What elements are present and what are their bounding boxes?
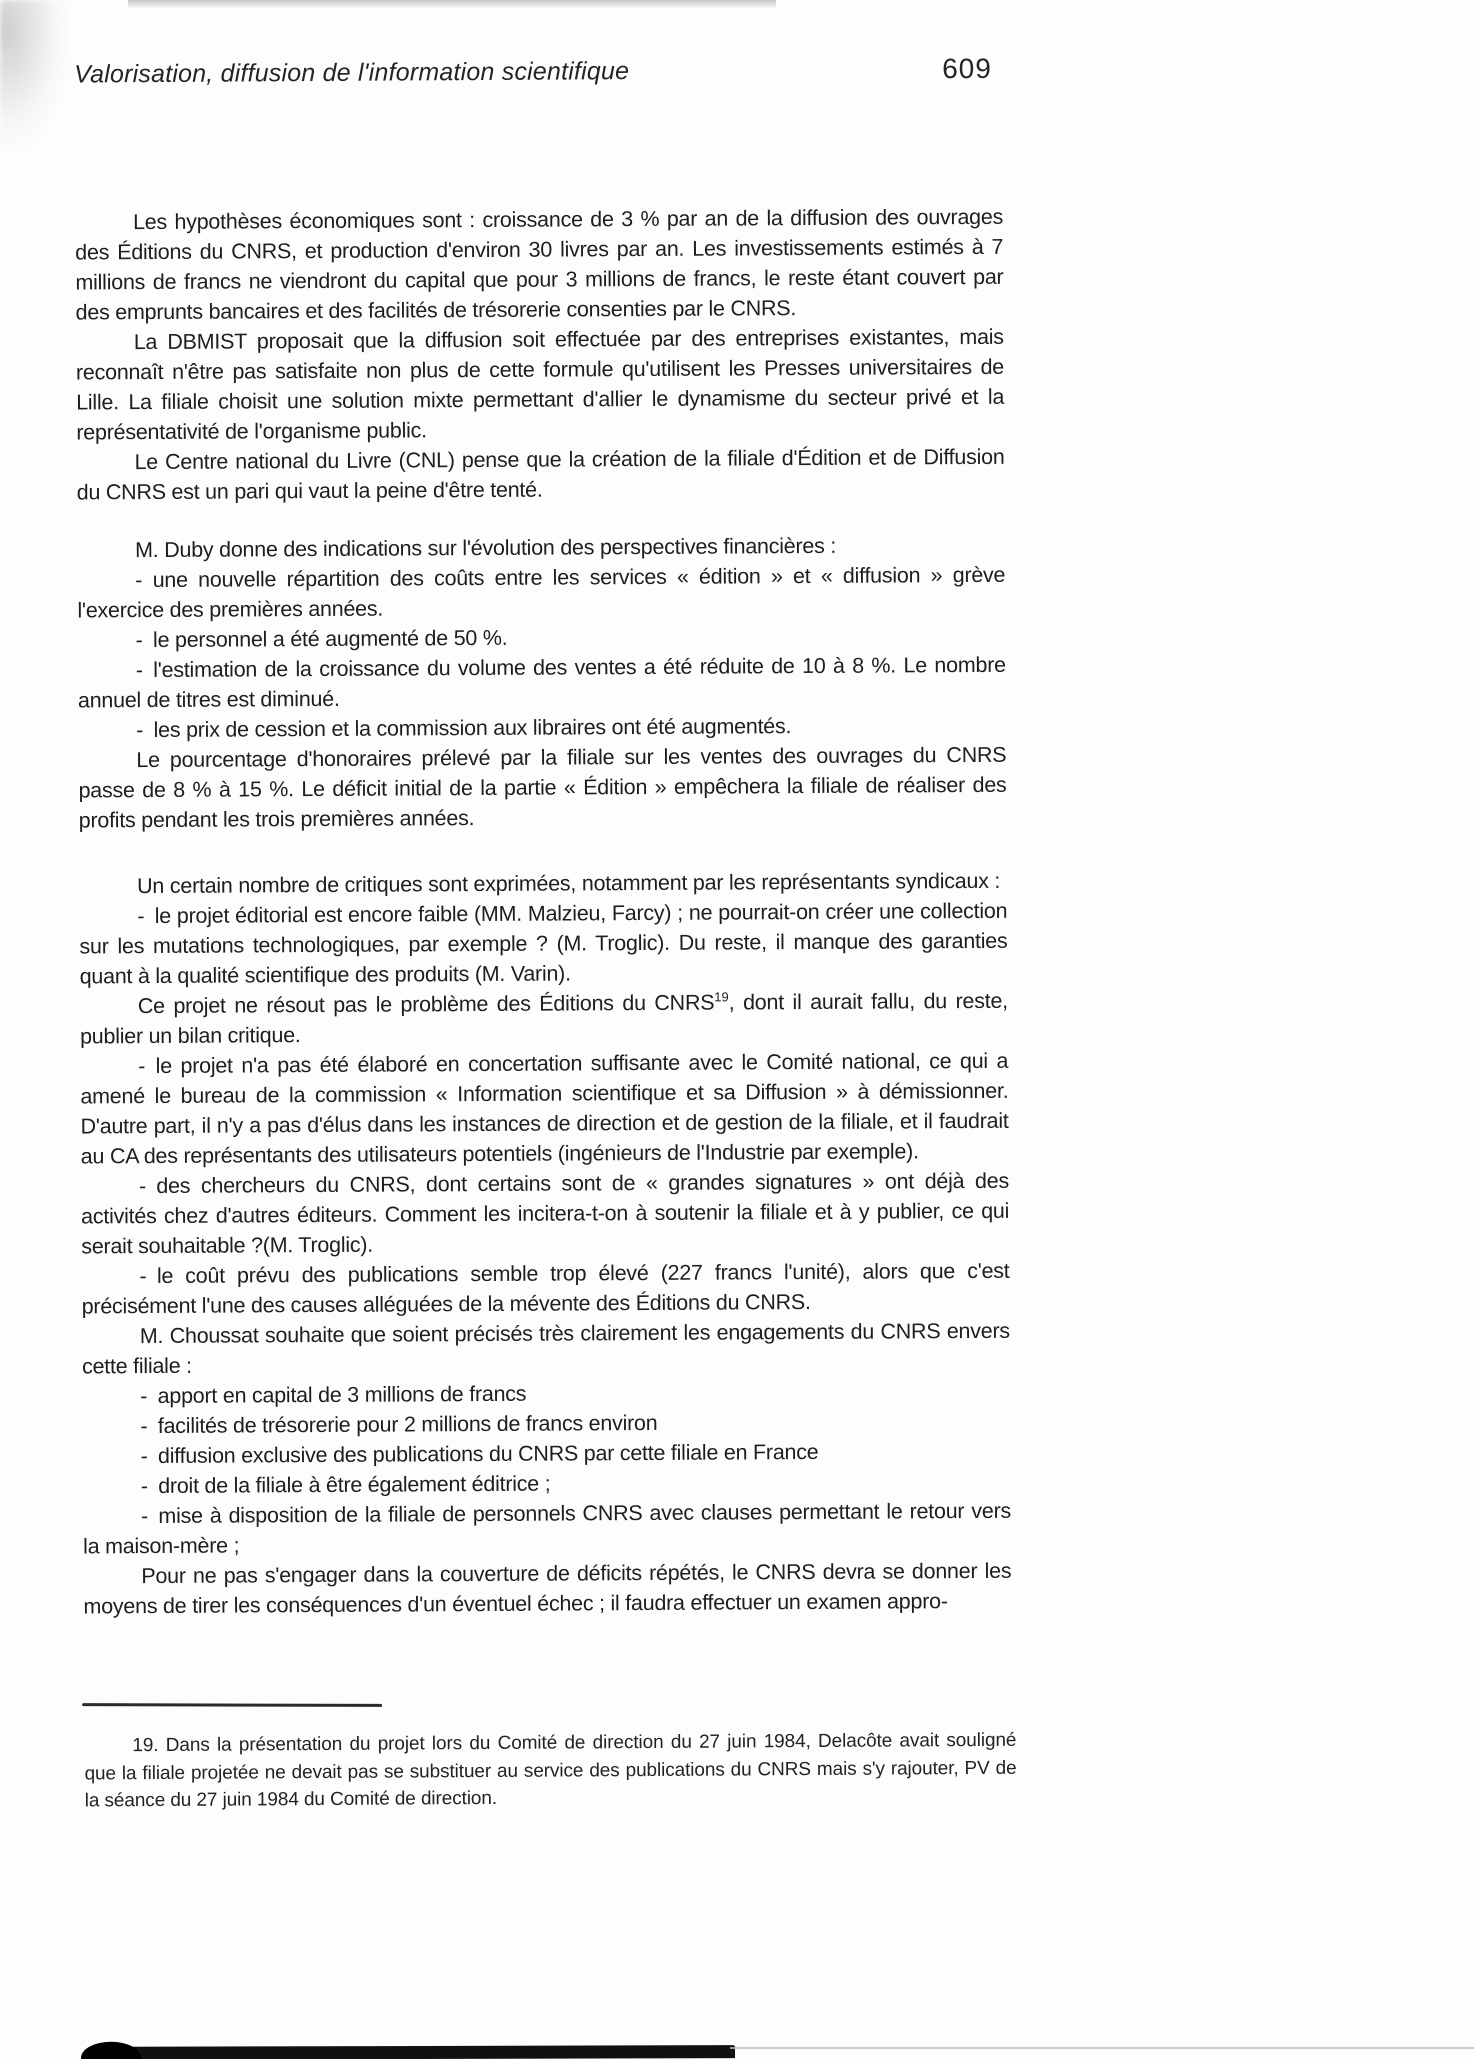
paragraph: M. Choussat souhaite que soient précisés…	[82, 1316, 1010, 1382]
list-item: - mise à disposition de la filiale de pe…	[83, 1496, 1011, 1562]
paragraph: Les hypothèses économiques sont : croiss…	[75, 202, 1004, 328]
body-text: Les hypothèses économiques sont : croiss…	[75, 202, 1012, 1622]
running-header-title: Valorisation, diffusion de l'information…	[74, 57, 629, 89]
list-item: - une nouvelle répartition des coûts ent…	[77, 560, 1005, 626]
list-item: - le projet n'a pas été élaboré en conce…	[80, 1046, 1009, 1172]
paragraph: Le Centre national du Livre (CNL) pense …	[76, 442, 1004, 508]
page-content: Valorisation, diffusion de l'information…	[0, 0, 1474, 2059]
paragraph: Le pourcentage d'honoraires prélevé par …	[78, 740, 1007, 836]
list-item: - des chercheurs du CNRS, dont certains …	[81, 1166, 1010, 1262]
paragraph: Pour ne pas s'engager dans la couverture…	[83, 1556, 1011, 1622]
list-item: - le projet éditorial est encore faible …	[79, 896, 1008, 992]
footnote-divider	[82, 1703, 382, 1707]
scanned-document-page: Valorisation, diffusion de l'information…	[0, 0, 1474, 2059]
footnote-text: 19. Dans la présentation du projet lors …	[84, 1727, 1016, 1815]
paragraph: La DBMIST proposait que la diffusion soi…	[76, 322, 1005, 448]
list-item: - l'estimation de la croissance du volum…	[78, 650, 1006, 716]
paragraph: Ce projet ne résout pas le problème des …	[80, 986, 1008, 1052]
page-number: 609	[942, 53, 1002, 85]
list-item: - le coût prévu des publications semble …	[81, 1256, 1009, 1322]
scan-edge-artifact-bottom	[95, 2045, 735, 2059]
scan-edge-line-bottom	[730, 2047, 1474, 2049]
